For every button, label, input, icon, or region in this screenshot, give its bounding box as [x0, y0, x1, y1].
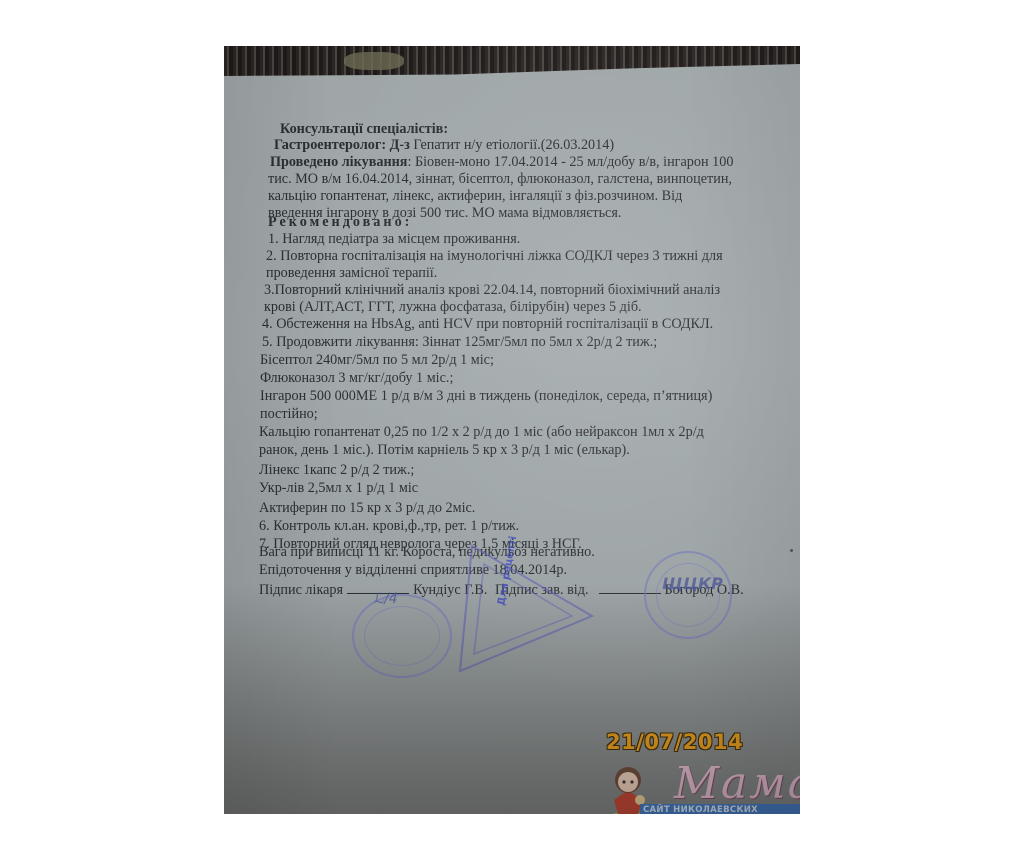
gastroenterologist-line: Гастроентеролог: Д-з Гепатит н/у етіолог… [274, 137, 614, 154]
treatment-line-3: кальцію гопантенат, лінекс, актиферин, і… [268, 188, 682, 205]
consultations-heading: Консультації спеціалістів: [280, 121, 448, 138]
recommended-heading: Рекомендовано: [268, 214, 412, 231]
recommendation-line: 4. Обстеження на HbsAg, anti HCV при пов… [262, 316, 713, 333]
recommendation-line: 6. Контроль кл.ан. крові,ф.,тр, рет. 1 р… [259, 518, 519, 535]
recommendation-line: 3.Повторний клінічний аналіз крові 22.04… [264, 282, 720, 299]
recommendation-line: постійно; [260, 406, 318, 423]
document-photo: Консультації спеціалістів: Гастроентерол… [224, 46, 800, 814]
recommendation-line: крові (АЛТ,АСТ, ГГТ, лужна фосфатаза, бі… [264, 299, 642, 316]
speck [790, 549, 793, 552]
recommendation-line: 5. Продовжити лікування: Зіннат 125мг/5м… [262, 334, 657, 351]
gastro-label: Гастроентеролог: Д-з [274, 137, 410, 153]
logo-subtitle: сайт николаевских родителей [640, 804, 800, 814]
mama-site-logo: Мама сайт николаевских родителей [604, 758, 800, 814]
recommendation-line: Лінекс 1капс 2 р/д 2 тиж.; [259, 462, 414, 479]
logo-title: Мама [674, 758, 800, 809]
doctor-signature-label: Підпис лікаря [259, 582, 343, 598]
gastro-diagnosis: Гепатит н/у етіології.(26.03.2014) [413, 137, 614, 153]
recommendation-line: Кальцію гопантенат 0,25 по 1/2 х 2 р/д д… [259, 424, 704, 441]
left-round-stamp [352, 594, 452, 678]
doctor-signature-scribble: ℒ/4 [374, 591, 398, 607]
recommendation-line: Бісептол 240мг/5мл по 5 мл 2р/д 1 міс; [260, 352, 494, 369]
recommendation-line: Флюконазол 3 мг/кг/добу 1 міс.; [260, 370, 453, 387]
photo-date-stamp: 21/07/2014 [606, 730, 743, 754]
triangle-stamp: Для рецептів [452, 536, 602, 676]
treatment-line-2: тис. МО в/м 16.04.2014, зіннат, бісептол… [268, 171, 732, 188]
recommendation-line: Інгарон 500 000МЕ 1 р/д в/м 3 дні в тижд… [260, 388, 712, 405]
recommendation-line: ранок, день 1 міс.). Потім карніель 5 кр… [259, 442, 630, 459]
recommendation-line: Актиферин по 15 кр х 3 р/д до 2міс. [259, 500, 475, 517]
recommendation-line: Укр-лів 2,5мл х 1 р/д 1 міс [259, 480, 418, 497]
right-round-stamp [644, 551, 732, 639]
recommendation-line: проведення замісної терапії. [266, 265, 437, 282]
recommendation-line: 2. Повторна госпіталізація на імунологіч… [266, 248, 723, 265]
treatment-label: Проведено лікування [270, 154, 407, 170]
recommendation-line: 1. Нагляд педіатра за місцем проживання. [268, 231, 520, 248]
treatment-line-1: Проведено лікування: Біовен-моно 17.04.2… [270, 154, 733, 171]
head-signature-scribble: ЩЦКР [662, 574, 723, 593]
medical-discharge-page: Консультації спеціалістів: Гастроентерол… [224, 46, 800, 814]
